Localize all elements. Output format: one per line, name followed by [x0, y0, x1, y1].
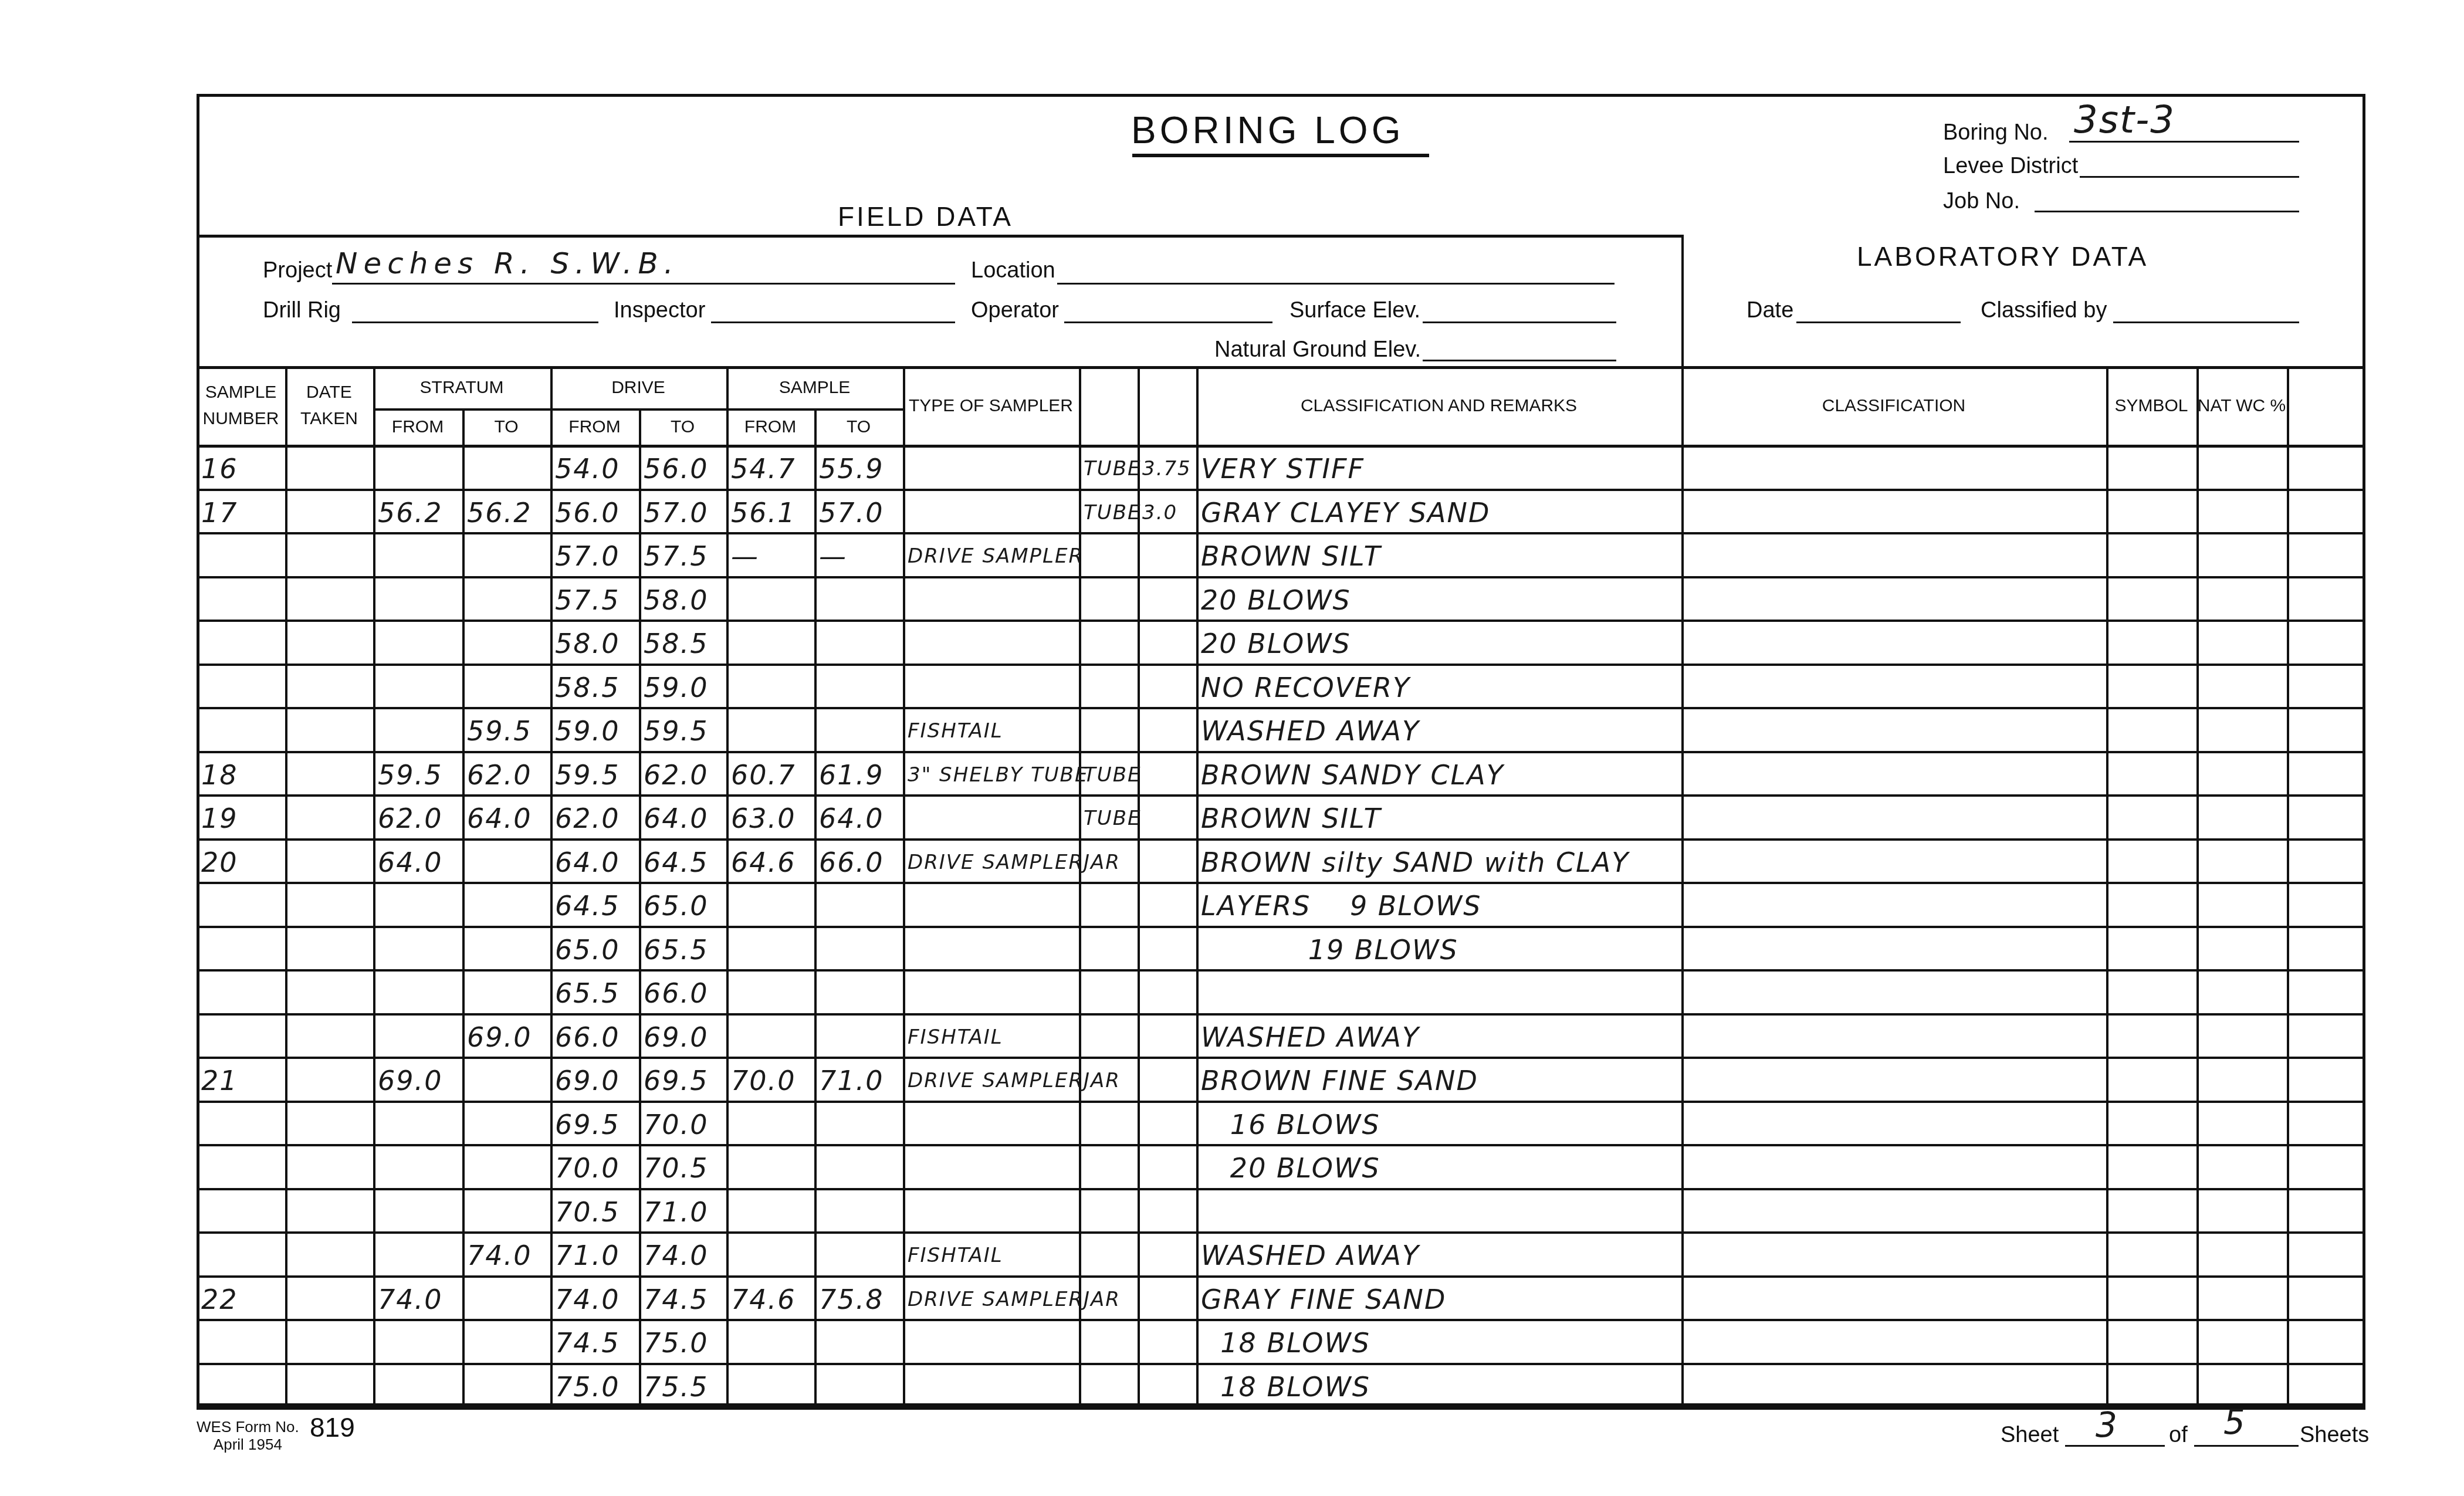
- nat-wc-cell[interactable]: [2196, 1321, 2287, 1365]
- stratum-from-cell[interactable]: 74.0: [378, 1278, 442, 1321]
- drive-from-cell[interactable]: 66.0: [555, 1016, 620, 1059]
- drive-from-cell[interactable]: 65.5: [555, 972, 620, 1015]
- drive-from-cell[interactable]: 69.0: [555, 1059, 620, 1102]
- column-divider: [285, 366, 287, 1406]
- header-sample-number: SAMPLE NUMBER: [197, 366, 285, 445]
- drive-from-cell[interactable]: 65.0: [555, 928, 620, 972]
- stratum-from-cell[interactable]: 62.0: [378, 797, 442, 840]
- lab-classification-cell[interactable]: [1681, 447, 2106, 490]
- classified-by-field[interactable]: [2113, 321, 2299, 323]
- header-date-taken: DATE TAKEN: [285, 366, 373, 445]
- lab-classification-cell[interactable]: [1681, 491, 2106, 534]
- project-field[interactable]: Neches R. S.W.B.: [336, 246, 679, 280]
- drive-from-cell[interactable]: 64.5: [555, 884, 620, 928]
- form-date: April 1954: [197, 1436, 299, 1454]
- drive-to-cell[interactable]: 58.0: [644, 578, 708, 622]
- sample-to-cell[interactable]: 75.8: [819, 1278, 884, 1321]
- header-to: TO: [462, 408, 550, 445]
- drive-to-cell[interactable]: 74.5: [644, 1278, 708, 1321]
- classification-remarks-cell[interactable]: BROWN FINE SAND: [1201, 1059, 1478, 1102]
- type-of-sampler-cell[interactable]: DRIVE SAMPLER: [908, 841, 1079, 884]
- sheets-label: Sheets: [2300, 1423, 2369, 1448]
- inspector-label: Inspector: [614, 298, 705, 323]
- extra-cell[interactable]: [2287, 1234, 2365, 1277]
- natural-ground-elev-label: Natural Ground Elev.: [1214, 337, 1421, 363]
- lab-classification-cell[interactable]: [1681, 1321, 2106, 1365]
- drive-from-cell[interactable]: 70.0: [555, 1146, 620, 1190]
- sheet-number-line: [2065, 1445, 2165, 1447]
- column-divider: [373, 366, 375, 1406]
- drive-from-cell[interactable]: 56.0: [555, 491, 620, 534]
- lab-classification-cell[interactable]: [1681, 1103, 2106, 1146]
- lab-classification-cell[interactable]: [1681, 1278, 2106, 1321]
- header-from: FROM: [373, 408, 462, 445]
- sample-number-cell[interactable]: 17: [201, 491, 238, 534]
- extra-cell[interactable]: [2287, 534, 2365, 578]
- sample-from-cell[interactable]: 60.7: [731, 753, 796, 797]
- header-nat-wc: NAT WC %: [2196, 366, 2287, 445]
- job-no-label: Job No.: [1943, 189, 2020, 214]
- classification-remarks-cell[interactable]: LAYERS 9 BLOWS: [1201, 884, 1481, 928]
- header-to-text: TO: [494, 414, 518, 440]
- symbol-cell[interactable]: [2106, 1365, 2196, 1409]
- stratum-to-cell[interactable]: 56.2: [467, 491, 532, 534]
- extra-cell[interactable]: [2287, 666, 2365, 709]
- symbol-cell[interactable]: [2106, 622, 2196, 665]
- column-divider: [550, 366, 553, 1406]
- drive-to-cell[interactable]: 65.0: [644, 884, 708, 928]
- header-drive: DRIVE: [550, 366, 726, 408]
- extra-cell[interactable]: [2287, 709, 2365, 753]
- nat-wc-cell[interactable]: [2196, 622, 2287, 665]
- classification-remarks-cell[interactable]: 18 BLOWS: [1201, 1321, 1370, 1365]
- symbol-cell[interactable]: [2106, 1190, 2196, 1234]
- stratum-to-cell[interactable]: 64.0: [467, 797, 532, 840]
- symbol-cell[interactable]: [2106, 534, 2196, 578]
- column-divider: [814, 408, 817, 1406]
- container-cell[interactable]: TUBE: [1084, 797, 1138, 840]
- recovery-cell[interactable]: 3.75: [1142, 447, 1192, 490]
- symbol-cell[interactable]: [2106, 841, 2196, 884]
- title-underline: [1132, 154, 1429, 157]
- nat-wc-cell[interactable]: [2196, 753, 2287, 797]
- levee-district-label: Levee District: [1943, 154, 2078, 179]
- sample-to-cell[interactable]: 71.0: [819, 1059, 884, 1102]
- total-sheets-line: [2194, 1445, 2299, 1447]
- drive-from-cell[interactable]: 58.5: [555, 666, 620, 709]
- stratum-from-cell[interactable]: 56.2: [378, 491, 442, 534]
- type-of-sampler-cell[interactable]: DRIVE SAMPLER: [908, 1278, 1079, 1321]
- nat-wc-cell[interactable]: [2196, 447, 2287, 490]
- nat-wc-cell[interactable]: [2196, 1234, 2287, 1277]
- header-classification-and-remarks-text: CLASSIFICATION AND REMARKS: [1301, 392, 1577, 419]
- column-divider: [726, 366, 729, 1406]
- total-sheets-field[interactable]: 5: [2223, 1402, 2246, 1442]
- drive-to-cell[interactable]: 69.5: [644, 1059, 708, 1102]
- column-divider: [639, 408, 641, 1406]
- symbol-cell[interactable]: [2106, 884, 2196, 928]
- lab-classification-cell[interactable]: [1681, 1059, 2106, 1102]
- drive-to-cell[interactable]: 59.0: [644, 666, 708, 709]
- stratum-to-cell[interactable]: 59.5: [467, 709, 532, 753]
- symbol-cell[interactable]: [2106, 578, 2196, 622]
- lab-classification-cell[interactable]: [1681, 928, 2106, 972]
- extra-cell[interactable]: [2287, 1190, 2365, 1234]
- sample-to-cell[interactable]: 61.9: [819, 753, 884, 797]
- type-of-sampler-cell[interactable]: FISHTAIL: [908, 709, 1003, 753]
- column-divider: [1079, 366, 1081, 1406]
- drive-from-cell[interactable]: 54.0: [555, 447, 620, 490]
- stratum-to-cell[interactable]: 74.0: [467, 1234, 532, 1277]
- header-from-text: FROM: [568, 414, 620, 440]
- header-classification: CLASSIFICATION: [1681, 366, 2106, 445]
- drive-from-cell[interactable]: 59.0: [555, 709, 620, 753]
- extra-cell[interactable]: [2287, 797, 2365, 840]
- drive-to-cell[interactable]: 69.0: [644, 1016, 708, 1059]
- extra-cell[interactable]: [2287, 447, 2365, 490]
- drive-to-cell[interactable]: 75.0: [644, 1321, 708, 1365]
- extra-cell[interactable]: [2287, 578, 2365, 622]
- header-sample-text: SAMPLE: [779, 374, 851, 401]
- symbol-cell[interactable]: [2106, 1146, 2196, 1190]
- type-of-sampler-cell[interactable]: DRIVE SAMPLER: [908, 534, 1079, 578]
- levee-district-field[interactable]: [2080, 176, 2299, 178]
- sample-to-cell[interactable]: 66.0: [819, 841, 884, 884]
- header-to: TO: [639, 408, 726, 445]
- drive-to-cell[interactable]: 71.0: [644, 1190, 708, 1234]
- recovery-cell[interactable]: 3.0: [1142, 491, 1177, 534]
- classification-remarks-cell[interactable]: 20 BLOWS: [1201, 1146, 1380, 1190]
- symbol-cell[interactable]: [2106, 491, 2196, 534]
- sheet-label: Sheet: [2001, 1423, 2059, 1448]
- drive-from-cell[interactable]: 58.0: [555, 622, 620, 665]
- nat-wc-cell[interactable]: [2196, 1146, 2287, 1190]
- extra-cell[interactable]: [2287, 1103, 2365, 1146]
- sheet-number-field[interactable]: 3: [2096, 1405, 2118, 1445]
- lab-classification-cell[interactable]: [1681, 753, 2106, 797]
- drive-from-cell[interactable]: 70.5: [555, 1190, 620, 1234]
- lab-classification-cell[interactable]: [1681, 841, 2106, 884]
- operator-field[interactable]: [1064, 321, 1272, 323]
- container-cell[interactable]: TUBE: [1084, 753, 1138, 797]
- header-to-text: TO: [847, 414, 871, 440]
- classification-remarks-cell[interactable]: 20 BLOWS: [1201, 578, 1351, 622]
- column-divider: [462, 408, 465, 1406]
- nat-wc-cell[interactable]: [2196, 491, 2287, 534]
- form-title: BORING LOG: [1131, 109, 1404, 152]
- classification-remarks-cell[interactable]: GRAY FINE SAND: [1201, 1278, 1446, 1321]
- drive-to-cell[interactable]: 70.5: [644, 1146, 708, 1190]
- symbol-cell[interactable]: [2106, 447, 2196, 490]
- header-from: FROM: [550, 408, 639, 445]
- job-no-field[interactable]: [2035, 211, 2299, 212]
- nat-wc-cell[interactable]: [2196, 1190, 2287, 1234]
- drive-to-cell[interactable]: 62.0: [644, 753, 708, 797]
- nat-wc-cell[interactable]: [2196, 578, 2287, 622]
- header-stratum-text: STRATUM: [420, 374, 504, 401]
- drive-to-cell[interactable]: 64.5: [644, 841, 708, 884]
- inspector-field[interactable]: [711, 321, 955, 323]
- extra-cell[interactable]: [2287, 841, 2365, 884]
- classification-remarks-cell[interactable]: WASHED AWAY: [1201, 1016, 1420, 1059]
- nat-wc-cell[interactable]: [2196, 972, 2287, 1015]
- header-classification-text: CLASSIFICATION: [1822, 392, 1965, 419]
- header-from: FROM: [726, 408, 814, 445]
- drive-to-cell[interactable]: 65.5: [644, 928, 708, 972]
- nat-wc-cell[interactable]: [2196, 1016, 2287, 1059]
- form-number-label: WES Form No. April 1954: [197, 1419, 299, 1454]
- nat-wc-cell[interactable]: [2196, 666, 2287, 709]
- lab-classification-cell[interactable]: [1681, 666, 2106, 709]
- location-field[interactable]: [1057, 283, 1615, 285]
- symbol-cell[interactable]: [2106, 797, 2196, 840]
- extra-cell[interactable]: [2287, 1016, 2365, 1059]
- sample-to-cell[interactable]: 55.9: [819, 447, 884, 490]
- project-line: [332, 283, 955, 285]
- field-data-divider: [197, 235, 1684, 238]
- drive-to-cell[interactable]: 75.5: [644, 1365, 708, 1409]
- operator-label: Operator: [971, 298, 1059, 323]
- lab-classification-cell[interactable]: [1681, 578, 2106, 622]
- symbol-cell[interactable]: [2106, 1016, 2196, 1059]
- container-cell[interactable]: JAR: [1084, 841, 1121, 884]
- header-to-text: TO: [671, 414, 695, 440]
- drive-from-cell[interactable]: 64.0: [555, 841, 620, 884]
- drive-to-cell[interactable]: 59.5: [644, 709, 708, 753]
- extra-cell[interactable]: [2287, 1278, 2365, 1321]
- column-divider: [1196, 366, 1199, 1406]
- drive-to-cell[interactable]: 64.0: [644, 797, 708, 840]
- form-number: 819: [310, 1412, 355, 1443]
- classification-remarks-cell[interactable]: GRAY CLAYEY SAND: [1201, 491, 1490, 534]
- extra-cell[interactable]: [2287, 928, 2365, 972]
- header-type-of-sampler-text: TYPE OF SAMPLER: [909, 392, 1073, 419]
- type-of-sampler-cell[interactable]: FISHTAIL: [908, 1016, 1003, 1059]
- symbol-cell[interactable]: [2106, 1278, 2196, 1321]
- extra-cell[interactable]: [2287, 491, 2365, 534]
- type-of-sampler-cell[interactable]: 3" SHELBY TUBE: [908, 753, 1079, 797]
- drive-from-cell[interactable]: 59.5: [555, 753, 620, 797]
- extra-cell[interactable]: [2287, 884, 2365, 928]
- surface-elev-field[interactable]: [1423, 321, 1616, 323]
- sample-from-cell[interactable]: 54.7: [731, 447, 796, 490]
- column-divider: [903, 366, 905, 1406]
- drive-to-cell[interactable]: 56.0: [644, 447, 708, 490]
- lab-classification-cell[interactable]: [1681, 1016, 2106, 1059]
- symbol-cell[interactable]: [2106, 972, 2196, 1015]
- sample-to-cell[interactable]: 64.0: [819, 797, 884, 840]
- drive-from-cell[interactable]: 57.5: [555, 578, 620, 622]
- classification-remarks-cell[interactable]: 19 BLOWS: [1201, 928, 1458, 972]
- symbol-cell[interactable]: [2106, 1059, 2196, 1102]
- header-classification-and-remarks: CLASSIFICATION AND REMARKS: [1196, 366, 1681, 445]
- symbol-cell[interactable]: [2106, 753, 2196, 797]
- lab-classification-cell[interactable]: [1681, 534, 2106, 578]
- form-number-caption: WES Form No.: [197, 1419, 299, 1436]
- drive-to-cell[interactable]: 66.0: [644, 972, 708, 1015]
- classified-by-label: Classified by: [1981, 298, 2107, 323]
- symbol-cell[interactable]: [2106, 1234, 2196, 1277]
- drive-to-cell[interactable]: 58.5: [644, 622, 708, 665]
- drive-from-cell[interactable]: 71.0: [555, 1234, 620, 1277]
- header-symbol: SYMBOL: [2106, 366, 2196, 445]
- lab-classification-cell[interactable]: [1681, 797, 2106, 840]
- header-sample: SAMPLE: [726, 366, 903, 408]
- symbol-cell[interactable]: [2106, 928, 2196, 972]
- drive-to-cell[interactable]: 57.0: [644, 491, 708, 534]
- nat-wc-cell[interactable]: [2196, 1278, 2287, 1321]
- lab-classification-cell[interactable]: [1681, 709, 2106, 753]
- classification-remarks-cell[interactable]: WASHED AWAY: [1201, 709, 1420, 753]
- sample-number-cell[interactable]: 21: [201, 1059, 238, 1102]
- drive-from-cell[interactable]: 74.0: [555, 1278, 620, 1321]
- drive-from-cell[interactable]: 69.5: [555, 1103, 620, 1146]
- type-of-sampler-cell[interactable]: DRIVE SAMPLER: [908, 1059, 1079, 1102]
- laboratory-data-heading: LABORATORY DATA: [1857, 241, 2148, 272]
- lab-classification-cell[interactable]: [1681, 972, 2106, 1015]
- boring-no-label: Boring No.: [1943, 120, 2049, 145]
- drill-rig-label: Drill Rig: [263, 298, 341, 323]
- stratum-from-cell[interactable]: 64.0: [378, 841, 442, 884]
- extra-cell[interactable]: [2287, 1365, 2365, 1409]
- classification-remarks-cell[interactable]: BROWN SILT: [1201, 534, 1382, 578]
- extra-cell[interactable]: [2287, 753, 2365, 797]
- lab-classification-cell[interactable]: [1681, 1190, 2106, 1234]
- container-cell[interactable]: JAR: [1084, 1278, 1121, 1321]
- nat-wc-cell[interactable]: [2196, 841, 2287, 884]
- sample-number-cell[interactable]: 20: [201, 841, 238, 884]
- drill-rig-field[interactable]: [352, 321, 598, 323]
- container-cell[interactable]: TUBE: [1084, 447, 1138, 490]
- classification-remarks-cell[interactable]: BROWN SILT: [1201, 797, 1382, 840]
- lab-date-field[interactable]: [1796, 321, 1961, 323]
- header-from-text: FROM: [744, 414, 796, 440]
- nat-wc-cell[interactable]: [2196, 1103, 2287, 1146]
- symbol-cell[interactable]: [2106, 666, 2196, 709]
- header-type-of-sampler: TYPE OF SAMPLER: [903, 366, 1079, 445]
- nat-wc-cell[interactable]: [2196, 797, 2287, 840]
- drive-from-cell[interactable]: 62.0: [555, 797, 620, 840]
- extra-cell[interactable]: [2287, 1146, 2365, 1190]
- classification-remarks-cell[interactable]: WASHED AWAY: [1201, 1234, 1420, 1277]
- surface-elev-label: Surface Elev.: [1289, 298, 1420, 323]
- header-symbol-text: SYMBOL: [2114, 392, 2188, 419]
- nat-wc-cell[interactable]: [2196, 928, 2287, 972]
- header-to: TO: [814, 408, 903, 445]
- extra-cell[interactable]: [2287, 622, 2365, 665]
- classification-remarks-cell[interactable]: 20 BLOWS: [1201, 622, 1351, 665]
- symbol-cell[interactable]: [2106, 1103, 2196, 1146]
- nat-wc-cell[interactable]: [2196, 884, 2287, 928]
- header-sample-number-text: SAMPLE NUMBER: [197, 379, 285, 432]
- drive-to-cell[interactable]: 74.0: [644, 1234, 708, 1277]
- classification-remarks-cell[interactable]: BROWN SANDY CLAY: [1201, 753, 1504, 797]
- field-data-heading: FIELD DATA: [838, 201, 1013, 232]
- sample-from-cell[interactable]: 70.0: [731, 1059, 796, 1102]
- extra-cell[interactable]: [2287, 972, 2365, 1015]
- nat-wc-cell[interactable]: [2196, 709, 2287, 753]
- sample-to-cell[interactable]: —: [819, 534, 847, 578]
- header-stratum: STRATUM: [373, 366, 550, 408]
- drive-to-cell[interactable]: 70.0: [644, 1103, 708, 1146]
- sample-from-cell[interactable]: 56.1: [731, 491, 796, 534]
- header-date-taken-text: DATE TAKEN: [285, 379, 373, 432]
- classification-remarks-cell[interactable]: 16 BLOWS: [1201, 1103, 1380, 1146]
- sample-number-cell[interactable]: 22: [201, 1278, 238, 1321]
- nat-wc-cell[interactable]: [2196, 1059, 2287, 1102]
- classification-remarks-cell[interactable]: BROWN silty SAND with CLAY: [1201, 841, 1629, 884]
- boring-no-field[interactable]: 3st-3: [2074, 99, 2175, 142]
- lab-classification-cell[interactable]: [1681, 1365, 2106, 1409]
- classification-remarks-cell[interactable]: VERY STIFF: [1201, 447, 1365, 490]
- sample-from-cell[interactable]: —: [731, 534, 759, 578]
- classification-remarks-cell[interactable]: NO RECOVERY: [1201, 666, 1410, 709]
- type-of-sampler-cell[interactable]: FISHTAIL: [908, 1234, 1003, 1277]
- field-lab-divider: [1681, 235, 1684, 367]
- drive-from-cell[interactable]: 74.5: [555, 1321, 620, 1365]
- sample-number-cell[interactable]: 16: [201, 447, 238, 490]
- header-from-text: FROM: [392, 414, 444, 440]
- classification-remarks-cell[interactable]: 18 BLOWS: [1201, 1365, 1370, 1409]
- sample-number-cell[interactable]: 19: [201, 797, 238, 840]
- container-cell[interactable]: TUBE: [1084, 491, 1138, 534]
- extra-cell[interactable]: [2287, 1059, 2365, 1102]
- container-cell[interactable]: JAR: [1084, 1059, 1121, 1102]
- location-label: Location: [971, 258, 1055, 283]
- drive-from-cell[interactable]: 75.0: [555, 1365, 620, 1409]
- drive-from-cell[interactable]: 57.0: [555, 534, 620, 578]
- header-drive-text: DRIVE: [611, 374, 665, 401]
- sample-from-cell[interactable]: 64.6: [731, 841, 796, 884]
- stratum-to-cell[interactable]: 62.0: [467, 753, 532, 797]
- drive-to-cell[interactable]: 57.5: [644, 534, 708, 578]
- stratum-from-cell[interactable]: 59.5: [378, 753, 442, 797]
- stratum-to-cell[interactable]: 69.0: [467, 1016, 532, 1059]
- stratum-from-cell[interactable]: 69.0: [378, 1059, 442, 1102]
- lab-classification-cell[interactable]: [1681, 1146, 2106, 1190]
- lab-classification-cell[interactable]: [1681, 1234, 2106, 1277]
- sample-from-cell[interactable]: 63.0: [731, 797, 796, 840]
- natural-ground-elev-field[interactable]: [1423, 360, 1616, 361]
- lab-date-label: Date: [1747, 298, 1793, 323]
- sample-to-cell[interactable]: 57.0: [819, 491, 884, 534]
- sample-number-cell[interactable]: 18: [201, 753, 238, 797]
- of-label: of: [2169, 1423, 2188, 1448]
- symbol-cell[interactable]: [2106, 709, 2196, 753]
- header-nat-wc-text: NAT WC %: [2198, 392, 2286, 419]
- extra-cell[interactable]: [2287, 1321, 2365, 1365]
- lab-classification-cell[interactable]: [1681, 884, 2106, 928]
- nat-wc-cell[interactable]: [2196, 534, 2287, 578]
- lab-classification-cell[interactable]: [1681, 622, 2106, 665]
- symbol-cell[interactable]: [2106, 1321, 2196, 1365]
- sample-from-cell[interactable]: 74.6: [731, 1278, 796, 1321]
- project-label: Project: [263, 258, 332, 283]
